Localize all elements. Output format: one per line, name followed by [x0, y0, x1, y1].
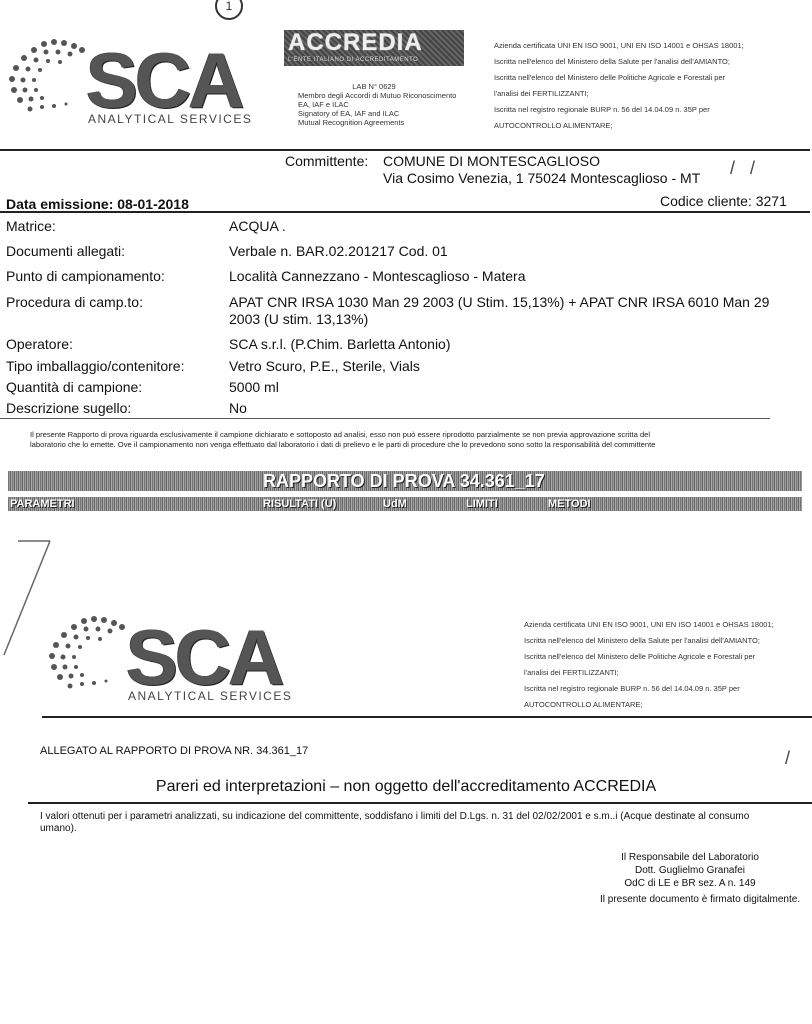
field-label-operatore: Operatore:: [6, 336, 73, 352]
header-limiti: LIMITI: [466, 497, 498, 511]
cert-line: Iscritta nell'elenco del Ministero delle…: [494, 70, 744, 86]
field-value-punto: Località Cannezzano - Montescaglioso - M…: [229, 268, 526, 285]
disclaimer-line: Il presente Rapporto di prova riguarda e…: [30, 430, 790, 440]
pareri-title: Pareri ed interpretazioni – non oggetto …: [0, 778, 812, 796]
divider: [28, 802, 812, 804]
pen-mark: / /: [730, 158, 755, 179]
accredia-title: ACCREDIA: [288, 30, 464, 56]
accredia-line: EA, IAF e ILAC: [298, 100, 464, 109]
divider: [42, 716, 812, 718]
committente-label: Committente:: [285, 153, 368, 169]
accredia-logo: ACCREDIA L'ENTE ITALIANO DI ACCREDITAMEN…: [284, 30, 464, 66]
field-value-quantita: 5000 ml: [229, 379, 279, 396]
header-udm: UdM: [383, 497, 407, 511]
report-title-bar: RAPPORTO DI PROVA 34.361_17: [8, 471, 802, 491]
header-risultati: RISULTATI (U): [263, 497, 336, 511]
pareri-text: I valori ottenuti per i parametri analiz…: [40, 811, 800, 835]
field-value-sugello: No: [229, 400, 247, 417]
disclaimer-line: laboratorio che lo emette. Ove il campio…: [30, 440, 790, 450]
sca-logo: SCA ANALYTICAL SERVICES: [4, 34, 264, 129]
cert-line: AUTOCONTROLLO ALIMENTARE;: [524, 697, 774, 713]
digital-signature-note: Il presente documento è firmato digitalm…: [600, 894, 800, 905]
table-header-bar: PARAMETRI RISULTATI (U) UdM LIMITI METOD…: [8, 497, 802, 511]
accredia-line: Signatory of EA, IAF and ILAC: [298, 109, 464, 118]
cert-line: Iscritta nell'elenco del Ministero delle…: [524, 649, 774, 665]
field-label-sugello: Descrizione sugello:: [6, 400, 131, 416]
committente-address: Via Cosimo Venezia, 1 75024 Montescaglio…: [383, 170, 700, 187]
certifications: Azienda certificata UNI EN ISO 9001, UNI…: [494, 38, 744, 134]
disclaimer: Il presente Rapporto di prova riguarda e…: [30, 430, 790, 449]
lab-number: LAB N° 0629: [284, 82, 464, 91]
cert-line: Azienda certificata UNI EN ISO 9001, UNI…: [524, 617, 774, 633]
cert-line: l'analisi dei FERTILIZZANTI;: [494, 86, 744, 102]
field-value-matrice: ACQUA .: [229, 218, 286, 235]
cert-line: Iscritta nel registro regionale BURP n. …: [524, 681, 774, 697]
logo-text: SCA: [86, 40, 242, 120]
pen-mark: /: [785, 748, 790, 769]
header-parametri: PARAMETRI: [10, 497, 75, 511]
field-value-imballaggio: Vetro Scuro, P.E., Sterile, Vials: [229, 358, 420, 375]
accredia-subtitle: L'ENTE ITALIANO DI ACCREDITAMENTO: [288, 56, 464, 64]
signature-block: Il Responsabile del Laboratorio Dott. Gu…: [600, 851, 780, 890]
field-value-procedura: APAT CNR IRSA 1030 Man 29 2003 (U Stim. …: [229, 294, 769, 311]
report-title: RAPPORTO DI PROVA 34.361_17: [263, 471, 545, 491]
cert-line: Azienda certificata UNI EN ISO 9001, UNI…: [494, 38, 744, 54]
cert-line: l'analisi dei FERTILIZZANTI;: [524, 665, 774, 681]
field-value-operatore: SCA s.r.l. (P.Chim. Barletta Antonio): [229, 336, 451, 353]
signature-line: Il Responsabile del Laboratorio: [600, 851, 780, 864]
field-label-procedura: Procedura di camp.to:: [6, 294, 143, 310]
field-label-quantita: Quantità di campione:: [6, 379, 142, 395]
accredia-block: ACCREDIA L'ENTE ITALIANO DI ACCREDITAMEN…: [284, 30, 464, 127]
codice-cliente: Codice cliente: 3271: [660, 193, 787, 210]
divider: [0, 418, 770, 419]
dots-logo-icon: [44, 611, 134, 701]
field-label-imballaggio: Tipo imballaggio/contenitore:: [6, 358, 184, 374]
signature-line: Dott. Guglielmo Granafei: [600, 864, 780, 877]
pareri-line: umano).: [40, 823, 800, 835]
accredia-line: Mutual Recognition Agreements: [298, 118, 464, 127]
logo-subtitle: ANALYTICAL SERVICES: [128, 689, 292, 703]
signature-line: OdC di LE e BR sez. A n. 149: [600, 877, 780, 890]
committente-name: COMUNE DI MONTESCAGLIOSO: [383, 153, 600, 170]
divider: [0, 149, 810, 151]
field-value-documenti: Verbale n. BAR.02.201217 Cod. 01: [229, 243, 448, 260]
accredia-line: Membro degli Accordi di Mutuo Riconoscim…: [298, 91, 464, 100]
certifications-2: Azienda certificata UNI EN ISO 9001, UNI…: [524, 617, 774, 713]
field-label-matrice: Matrice:: [6, 218, 56, 234]
cert-line: Iscritta nell'elenco del Ministero della…: [524, 633, 774, 649]
field-label-punto: Punto di campionamento:: [6, 268, 165, 284]
cert-line: Iscritta nell'elenco del Ministero della…: [494, 54, 744, 70]
cert-line: Iscritta nel registro regionale BURP n. …: [494, 102, 744, 118]
cert-line: AUTOCONTROLLO ALIMENTARE;: [494, 118, 744, 134]
allegato-title: ALLEGATO AL RAPPORTO DI PROVA NR. 34.361…: [40, 745, 308, 757]
field-value-procedura-2: 2003 (U stim. 13,13%): [229, 311, 368, 328]
header-metodi: METODI: [548, 497, 591, 511]
sca-logo-2: SCA ANALYTICAL SERVICES: [44, 611, 304, 706]
logo-text: SCA: [126, 617, 282, 697]
pareri-line: I valori ottenuti per i parametri analiz…: [40, 811, 800, 823]
divider: [0, 211, 810, 213]
page-number-mark: 1: [215, 0, 243, 20]
field-label-documenti: Documenti allegati:: [6, 243, 125, 259]
logo-subtitle: ANALYTICAL SERVICES: [88, 112, 252, 126]
dots-logo-icon: [4, 34, 94, 124]
